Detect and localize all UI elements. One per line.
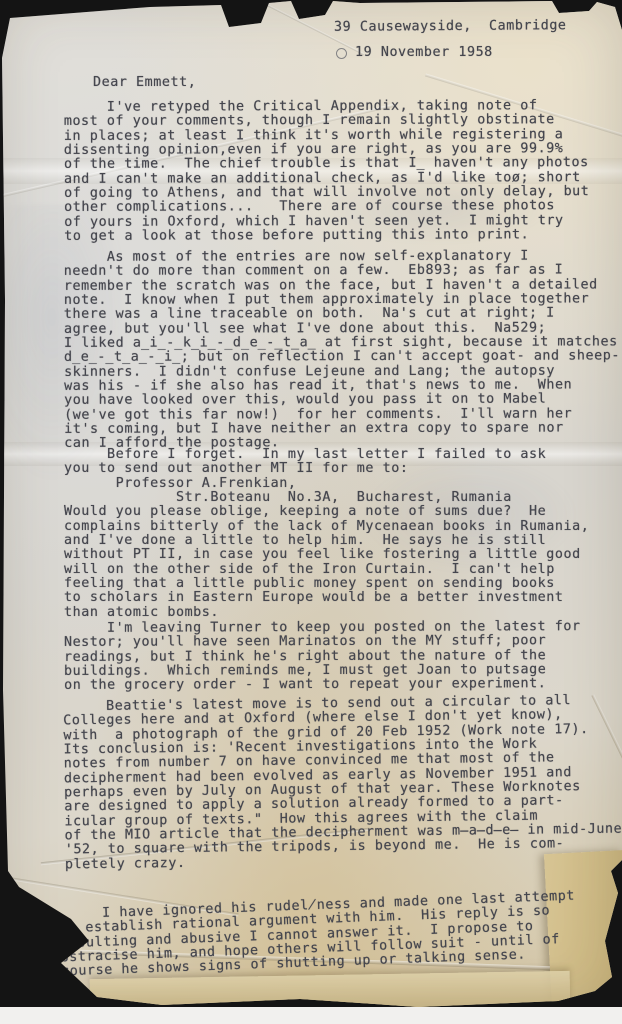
letter-date: 19 November 1958: [355, 46, 493, 60]
date-line: 19 November 1958: [336, 46, 493, 60]
letter-paragraph-5: Beattie's latest move is to send out a c…: [63, 694, 622, 873]
sender-address: 39 Causewayside, Cambridge: [334, 19, 567, 35]
salutation: Dear Emmett,: [93, 76, 196, 90]
letter-paper: 39 Causewayside, Cambridge 19 November 1…: [0, 0, 622, 1008]
photo-of-letter: 39 Causewayside, Cambridge 19 November 1…: [0, 0, 622, 1024]
letter-paragraph-3: Before I forget. In my last letter I fai…: [64, 448, 589, 620]
letter-paragraph-4: I'm leaving Turner to keep you posted on…: [64, 620, 581, 694]
photo-bottom-border: [0, 1007, 622, 1024]
letter-text: 39 Causewayside, Cambridge 19 November 1…: [0, 0, 622, 1008]
typed-circle-mark: [336, 48, 347, 59]
letter-paragraph-2: As most of the entries are now self-expl…: [64, 249, 622, 452]
letter-paragraph-1: I've retyped the Critical Appendix, taki…: [64, 99, 590, 244]
letter-paragraph-6: I have ignored his rudel̸ness and made o…: [59, 890, 577, 981]
